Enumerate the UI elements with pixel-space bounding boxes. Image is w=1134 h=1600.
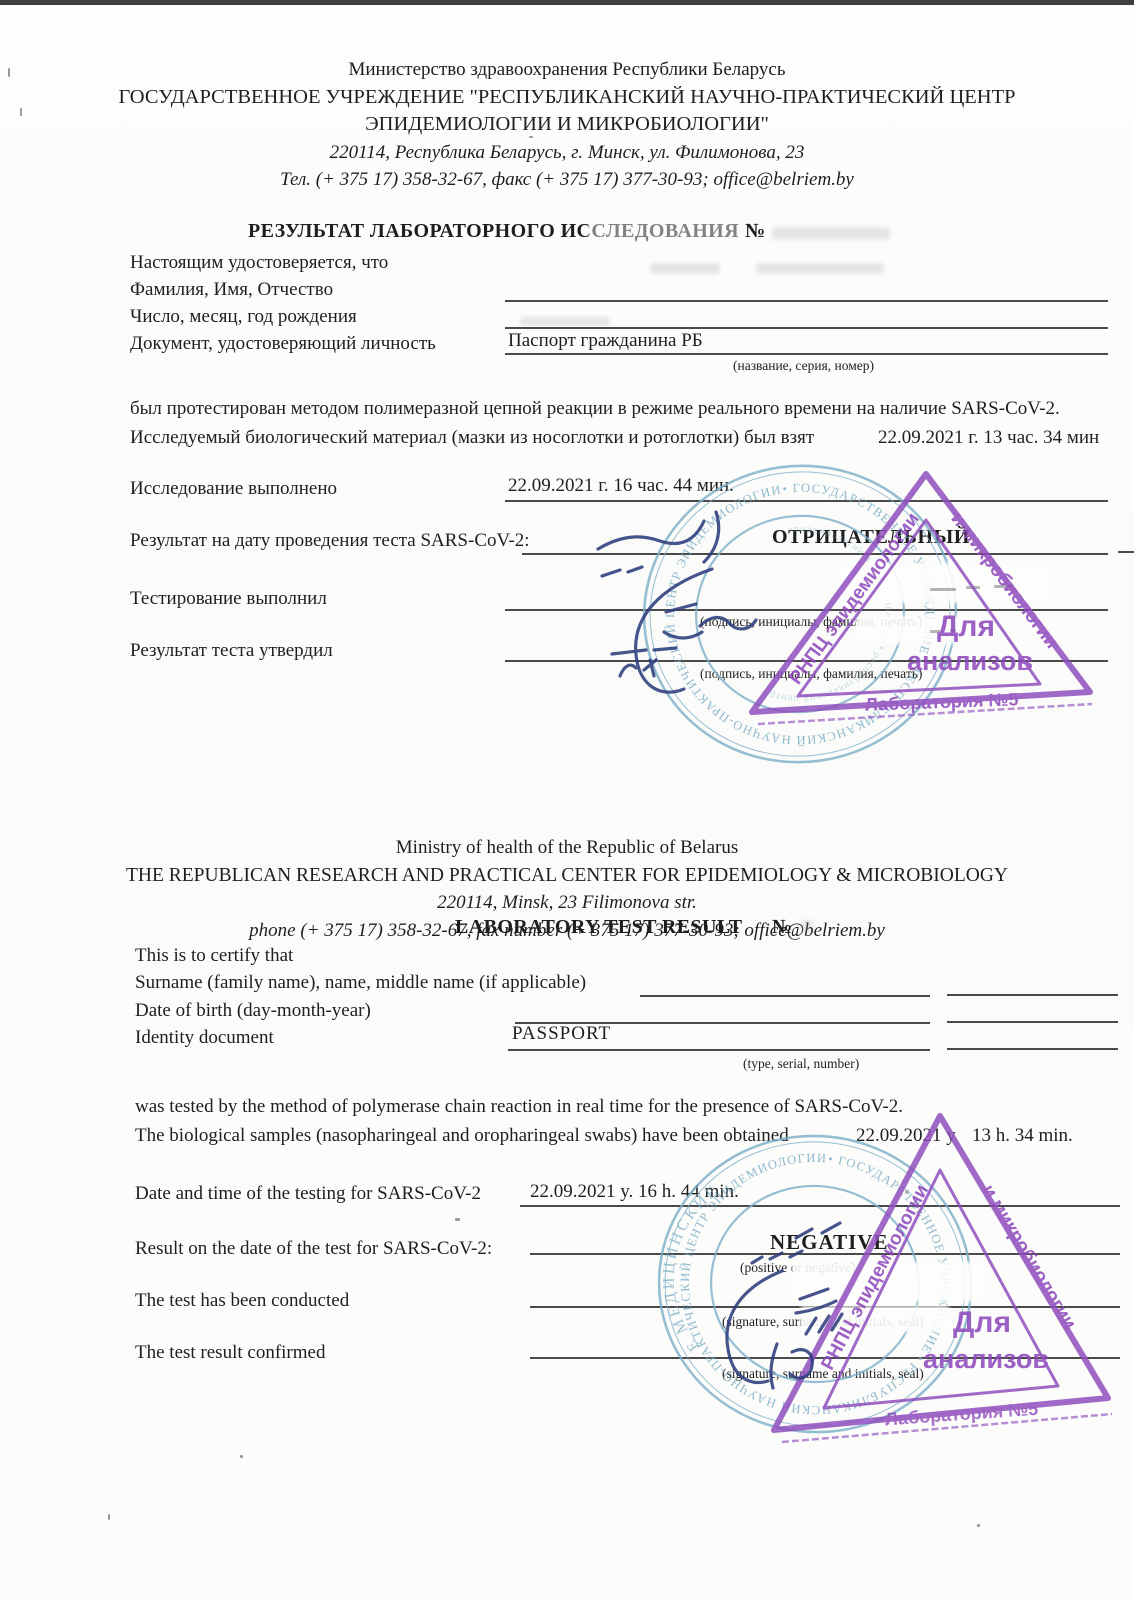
scan-speck bbox=[455, 1218, 460, 1221]
scan-speck bbox=[108, 1514, 110, 1520]
scan-speck bbox=[529, 136, 533, 138]
handwritten-signatures bbox=[0, 0, 1134, 1600]
scan-speck bbox=[240, 1455, 243, 1458]
scanned-lab-certificate: Министерство здравоохранения Республики … bbox=[0, 0, 1134, 1600]
scan-speck bbox=[8, 68, 10, 77]
scan-speck bbox=[20, 108, 22, 116]
scan-speck bbox=[977, 1524, 980, 1527]
